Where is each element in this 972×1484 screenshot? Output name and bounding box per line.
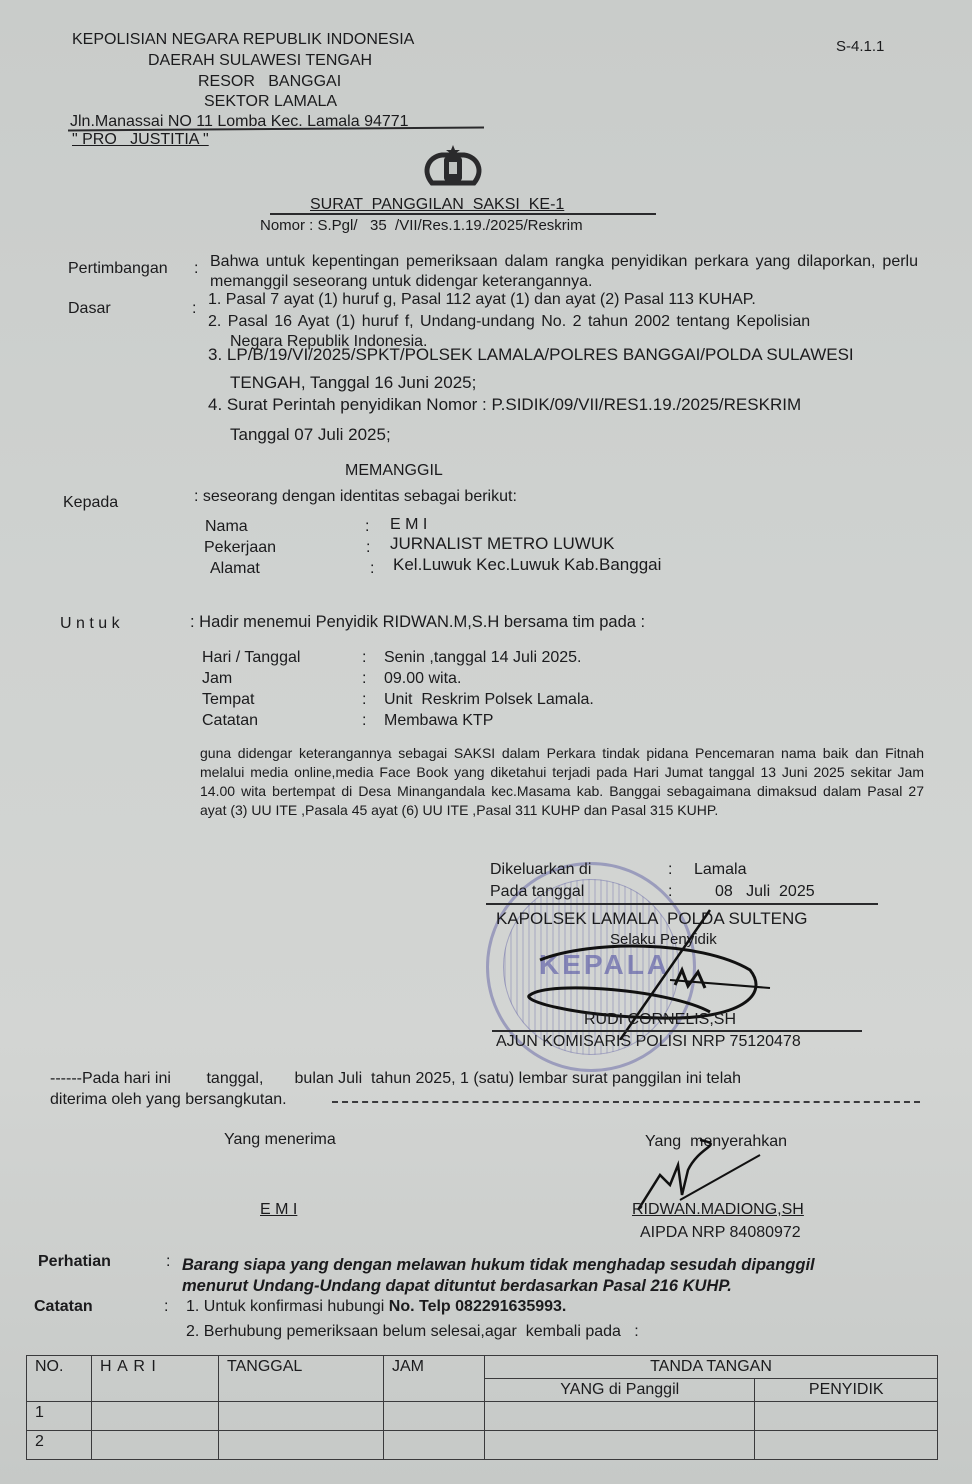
row-jam-input[interactable] (384, 1431, 485, 1460)
dasar-label: Dasar (68, 300, 111, 318)
header-institution: KEPOLISIAN NEGARA REPUBLIK INDONESIA (72, 30, 414, 49)
tempat-value: Unit Reskrim Polsek Lamala. (384, 691, 594, 709)
catatan-item-1-text: 1. Untuk konfirmasi hubungi (186, 1298, 389, 1315)
memanggil-heading: MEMANGGIL (345, 462, 443, 480)
receipt-statement: ------Pada hari ini tanggal, bulan Juli … (50, 1070, 741, 1088)
row-no: 2 (27, 1431, 92, 1460)
issued-place-label: Dikeluarkan di (490, 861, 591, 879)
dasar-item-1: 1. Pasal 7 ayat (1) huruf g, Pasal 112 a… (208, 291, 756, 309)
receipt-dotted-line (332, 1101, 920, 1103)
case-description: guna didengar keterangannya sebagai SAKS… (200, 744, 924, 820)
issued-date-value: 08 Juli 2025 (715, 883, 815, 901)
dasar-colon: : (192, 300, 196, 318)
tempat-label: Tempat (202, 691, 254, 709)
dasar-item-3-cont: TENGAH, Tanggal 16 Juni 2025; (230, 373, 476, 393)
document-title: SURAT PANGGILAN SAKSI KE-1 (310, 196, 564, 214)
row-hari-input[interactable] (92, 1431, 219, 1460)
issued-date-label: Pada tanggal (490, 883, 584, 901)
contact-phone: No. Telp 082291635993. (389, 1298, 567, 1315)
catatan-item-2: 2. Berhubung pemeriksaan belum selesai,a… (186, 1323, 639, 1341)
giver-rank: AIPDA NRP 84080972 (640, 1224, 801, 1242)
header-tanda-tangan: TANDA TANGAN (485, 1356, 938, 1379)
nama-label: Nama (205, 518, 248, 536)
alamat-colon: : (370, 560, 374, 578)
alamat-value: Kel.Luwuk Kec.Luwuk Kab.Banggai (393, 555, 661, 575)
row-jam-input[interactable] (384, 1402, 485, 1431)
untuk-intro: : Hadir menemui Penyidik RIDWAN.M,S.H be… (190, 613, 645, 632)
row-tanggal-input[interactable] (219, 1402, 384, 1431)
perhatian-colon: : (166, 1253, 170, 1271)
nama-value: E M I (390, 516, 427, 534)
pertimbangan-text: Bahwa untuk kepentingan pemeriksaan dala… (210, 252, 918, 292)
kepada-label: Kepada (63, 494, 118, 512)
header-jam: JAM (384, 1356, 485, 1402)
header-penyidik: PENYIDIK (755, 1379, 938, 1402)
return-schedule-table: NO. H A R I TANGGAL JAM TANDA TANGAN YAN… (26, 1355, 938, 1460)
table-row: 2 (27, 1431, 938, 1460)
table-header-row: NO. H A R I TANGGAL JAM TANDA TANGAN (27, 1356, 938, 1379)
kepada-intro: : seseorang dengan identitas sebagai ber… (194, 488, 517, 506)
jam-value: 09.00 wita. (384, 670, 461, 688)
form-code: S-4.1.1 (836, 38, 884, 55)
pro-justitia: " PRO JUSTITIA " (72, 130, 209, 149)
title-divider (270, 213, 656, 215)
receiver-name: E M I (260, 1201, 297, 1219)
catatan-colon: : (362, 712, 366, 730)
pertimbangan-label: Pertimbangan (68, 260, 168, 278)
signer-divider (492, 1030, 862, 1032)
issued-place-value: Lamala (694, 861, 746, 879)
pekerjaan-colon: : (366, 539, 370, 557)
catatan-item-1: 1. Untuk konfirmasi hubungi No. Telp 082… (186, 1298, 566, 1316)
tempat-colon: : (362, 691, 366, 709)
jam-colon: : (362, 670, 366, 688)
header-no: NO. (27, 1356, 92, 1402)
hari-tanggal-label: Hari / Tanggal (202, 649, 300, 667)
pekerjaan-label: Pekerjaan (204, 539, 276, 557)
row-sign-dipanggil[interactable] (485, 1402, 755, 1431)
header-resor: RESOR BANGGAI (198, 72, 341, 91)
row-tanggal-input[interactable] (219, 1431, 384, 1460)
jam-label: Jam (202, 670, 232, 688)
perhatian-label: Perhatian (38, 1253, 111, 1271)
untuk-label: U n t u k (60, 615, 120, 633)
row-sign-penyidik[interactable] (755, 1431, 938, 1460)
header-tanggal: TANGGAL (219, 1356, 384, 1402)
row-no: 1 (27, 1402, 92, 1431)
dasar-item-4-cont: Tanggal 07 Juli 2025; (230, 425, 391, 445)
signer-rank-kapolsek: AJUN KOMISARIS POLISI NRP 75120478 (496, 1033, 801, 1051)
header-yang-dipanggil: YANG di Panggil (485, 1379, 755, 1402)
issued-date-colon: : (668, 883, 672, 901)
receiver-label: Yang menerima (224, 1131, 336, 1149)
pekerjaan-value: JURNALIST METRO LUWUK (390, 534, 615, 554)
row-sign-dipanggil[interactable] (485, 1431, 755, 1460)
issued-place-colon: : (668, 861, 672, 879)
row-sign-penyidik[interactable] (755, 1402, 938, 1431)
alamat-label: Alamat (210, 560, 260, 578)
catatan-value: Membawa KTP (384, 712, 493, 730)
catatan-label: Catatan (202, 712, 258, 730)
pertimbangan-colon: : (194, 260, 198, 278)
header-region: DAERAH SULAWESI TENGAH (148, 51, 372, 70)
giver-name: RIDWAN.MADIONG,SH (632, 1201, 804, 1219)
header-hari: H A R I (92, 1356, 219, 1402)
signer-name-kapolsek: RUDI CORNELIS,SH (584, 1011, 736, 1029)
dasar-item-4: 4. Surat Perintah penyidikan Nomor : P.S… (208, 395, 801, 415)
dasar-item-2: 2. Pasal 16 Ayat (1) huruf f, Undang-und… (208, 313, 810, 331)
row-hari-input[interactable] (92, 1402, 219, 1431)
hari-tanggal-value: Senin ,tanggal 14 Juli 2025. (384, 649, 581, 667)
table-row: 1 (27, 1402, 938, 1431)
police-emblem-icon (420, 143, 486, 189)
catatan-colon: : (164, 1298, 168, 1316)
document-number: Nomor : S.Pgl/ 35 /VII/Res.1.19./2025/Re… (260, 217, 583, 234)
perhatian-text: Barang siapa yang dengan melawan hukum t… (182, 1256, 815, 1275)
hari-tanggal-colon: : (362, 649, 366, 667)
nama-colon: : (365, 518, 369, 536)
dasar-item-3: 3. LP/B/19/VI/2025/SPKT/POLSEK LAMALA/PO… (208, 345, 854, 365)
header-sector: SEKTOR LAMALA (204, 92, 337, 111)
perhatian-text-cont: menurut Undang-Undang dapat dituntut ber… (182, 1277, 732, 1296)
receipt-statement-cont: diterima oleh yang bersangkutan. (50, 1091, 287, 1109)
catatan-label: Catatan (34, 1298, 93, 1316)
